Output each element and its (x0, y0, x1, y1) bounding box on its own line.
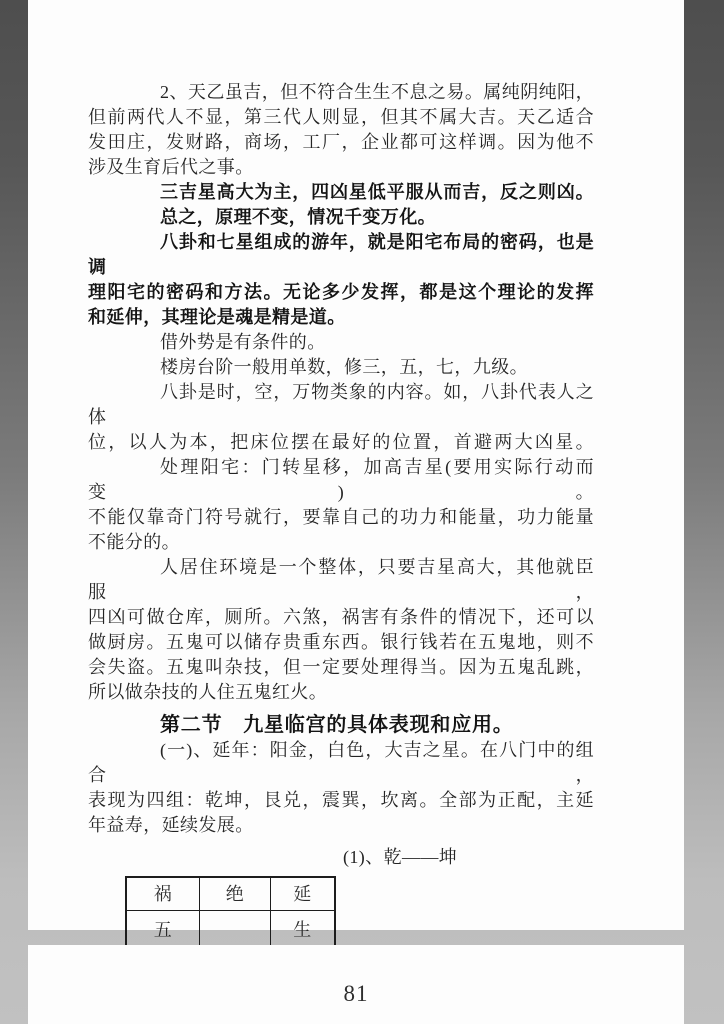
text-line: 但前两代人不显，第三代人则显，但其不属大吉。天乙适合 (88, 105, 594, 130)
table-cell: 绝 (200, 877, 271, 911)
text-line: 会失盗。五鬼叫杂技，但一定要处理得当。因为五鬼乱跳， (88, 655, 594, 680)
pair-heading: (1)、乾——坤 (343, 845, 594, 870)
page-number: 81 (28, 981, 684, 1007)
nine-star-table: 祸 绝 延 五 生 (125, 876, 336, 952)
text-line: 总之，原理不变，情况千变万化。 (88, 205, 594, 230)
scanned-page: 2、天乙虽吉，但不符合生生不息之易。属纯阴纯阳， 但前两代人不显，第三代人则显，… (28, 0, 684, 930)
section-heading: 第二节 九星临宫的具体表现和应用。 (88, 713, 594, 738)
table-cell: 延 (271, 877, 336, 911)
footer-page-strip: 81 (28, 945, 684, 1024)
text-line: 年益寿，延续发展。 (88, 813, 594, 838)
table-row: 祸 绝 延 (126, 877, 335, 911)
body-text: 2、天乙虽吉，但不符合生生不息之易。属纯阴纯阳， 但前两代人不显，第三代人则显，… (88, 80, 594, 952)
text-line: 借外势是有条件的。 (88, 330, 594, 355)
text-line: 表现为四组：乾坤，艮兑，震巽，坎离。全部为正配，主延 (88, 788, 594, 813)
text-line: 人居住环境是一个整体，只要吉星高大，其他就臣服， (88, 555, 594, 605)
text-line: 涉及生育后代之事。 (88, 155, 594, 180)
text-line: 位，以人为本，把床位摆在最好的位置，首避两大凶星。 (88, 430, 594, 455)
text-line: 和延伸，其理论是魂是精是道。 (88, 305, 594, 330)
text-line: 不能分的。 (88, 530, 594, 555)
text-line: 理阳宅的密码和方法。无论多少发挥，都是这个理论的发挥 (88, 280, 594, 305)
text-line: 发田庄，发财路，商场，工厂，企业都可这样调。因为他不 (88, 130, 594, 155)
text-line: 不能仅靠奇门符号就行，要靠自己的功力和能量，功力能量 (88, 505, 594, 530)
text-line: 楼房台阶一般用单数，修三，五，七，九级。 (88, 355, 594, 380)
text-line: 三吉星高大为主，四凶星低平服从而吉，反之则凶。 (88, 180, 594, 205)
text-line: 2、天乙虽吉，但不符合生生不息之易。属纯阴纯阳， (88, 80, 594, 105)
text-line: (一)、延年：阳金，白色，大吉之星。在八门中的组合， (88, 738, 594, 788)
text-line: 做厨房。五鬼可以储存贵重东西。银行钱若在五鬼地，则不 (88, 630, 594, 655)
scan-background: { "doc": { "body_lines": [ "2、天乙虽吉，但不符合生… (0, 0, 724, 1024)
text-line: 处理阳宅：门转星移，加高吉星(要用实际行动而变)。 (88, 455, 594, 505)
text-line: 四凶可做仓库，厕所。六煞，祸害有条件的情况下，还可以 (88, 605, 594, 630)
table-cell: 祸 (126, 877, 200, 911)
text-line: 八卦和七星组成的游年，就是阳宅布局的密码，也是调 (88, 230, 594, 280)
text-line: 所以做杂技的人住五鬼红火。 (88, 680, 594, 705)
text-line: 八卦是时，空，万物类象的内容。如，八卦代表人之体 (88, 380, 594, 430)
